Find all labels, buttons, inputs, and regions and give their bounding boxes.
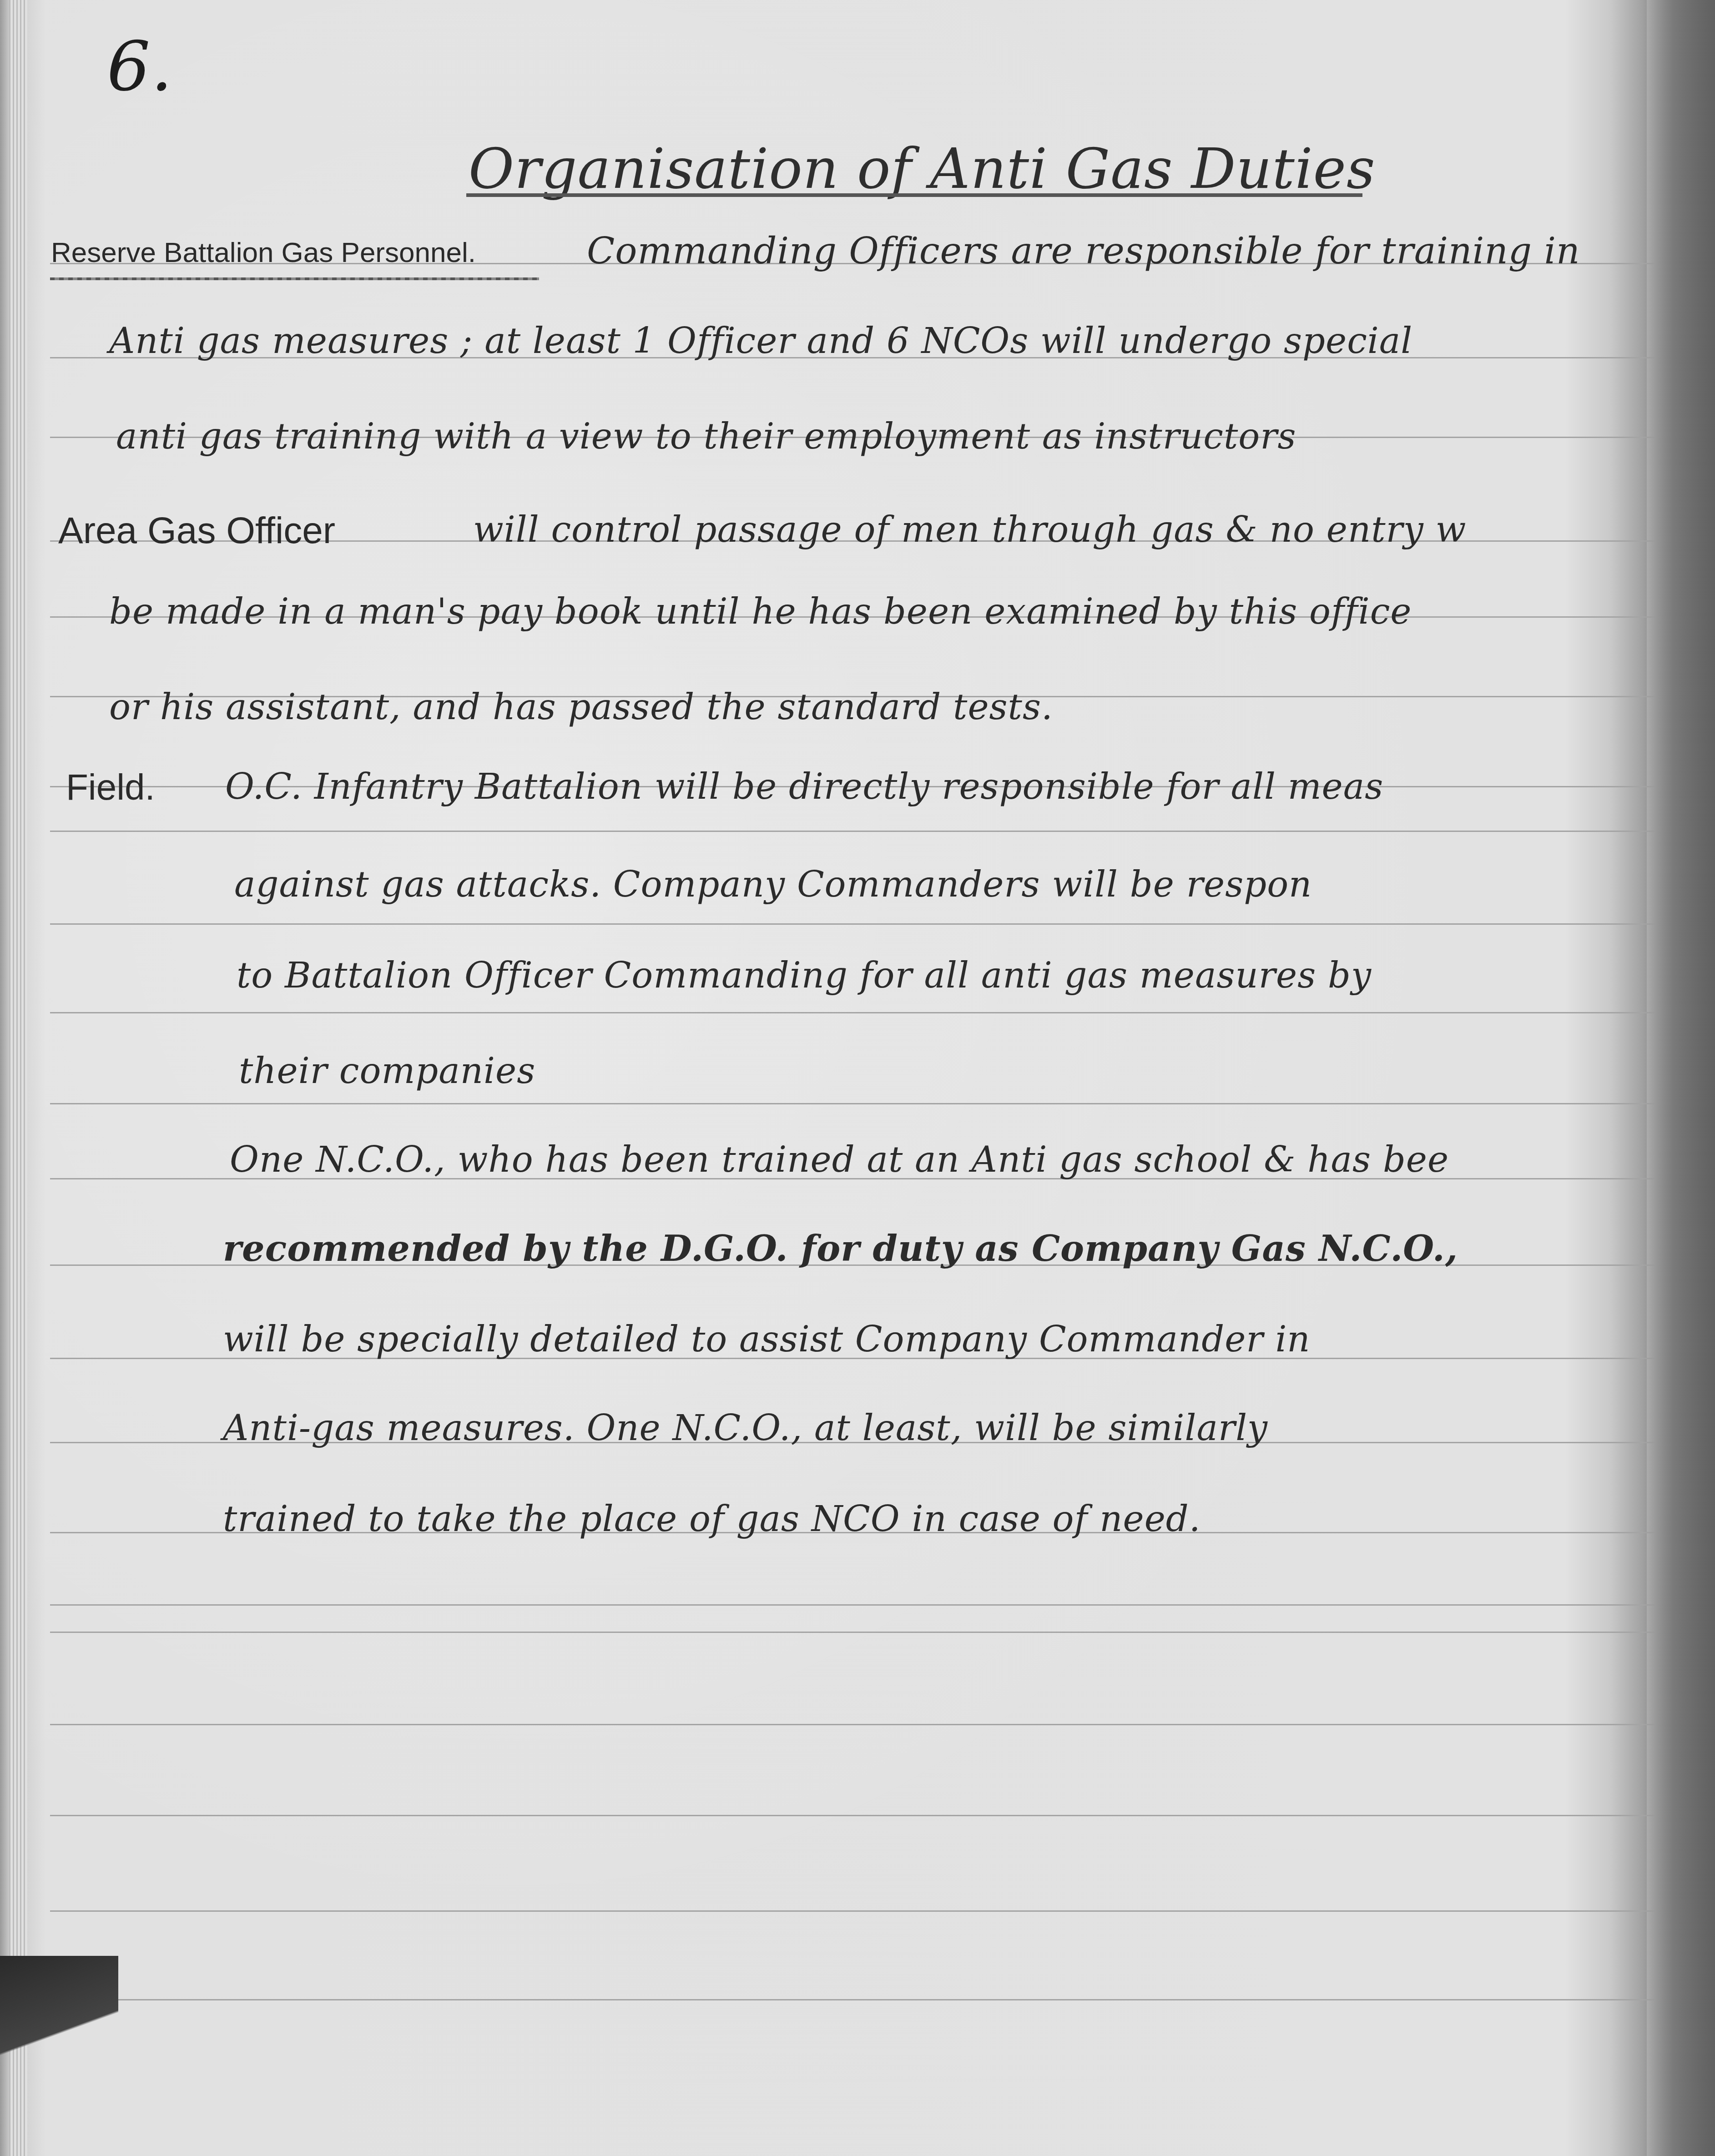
title-underline <box>466 193 1362 197</box>
page-number: 6. <box>107 27 173 106</box>
ruled-line <box>50 1724 1656 1725</box>
ruled-line <box>50 923 1656 925</box>
text-line: recommended by the D.G.O. for duty as Co… <box>223 1228 1458 1269</box>
text-line: Commanding Officers are responsible for … <box>587 230 1580 272</box>
section-heading-area-gas-officer: Area Gas Officer <box>58 509 335 552</box>
binding-shadow <box>1642 0 1715 2156</box>
ruled-line <box>50 1604 1656 1606</box>
text-line: will be specially detailed to assist Com… <box>223 1319 1311 1360</box>
text-line: One N.C.O., who has been trained at an A… <box>230 1139 1449 1180</box>
ruled-line <box>50 1103 1656 1104</box>
text-line: Anti-gas measures. One N.C.O., at least,… <box>223 1408 1268 1449</box>
ruled-line <box>50 1999 1656 2000</box>
scanned-page-background: 6. Organisation of Anti Gas Duties Reser… <box>0 0 1715 2156</box>
stacked-page-edges <box>9 0 27 2156</box>
text-line: to Battalion Officer Commanding for all … <box>237 955 1372 996</box>
ruled-line <box>50 1910 1656 1912</box>
ruled-line <box>50 1632 1656 1633</box>
ruled-line <box>50 831 1656 832</box>
heading-wavy-underline <box>50 277 539 280</box>
ruled-line <box>50 1012 1656 1013</box>
text-line: trained to take the place of gas NCO in … <box>223 1499 1201 1540</box>
page-title: Organisation of Anti Gas Duties <box>469 136 1376 201</box>
text-line: their companies <box>239 1051 535 1092</box>
text-line: will control passage of men through gas … <box>473 509 1466 550</box>
text-line: O.C. Infantry Battalion will be directly… <box>225 766 1383 807</box>
text-line: Anti gas measures ; at least 1 Officer a… <box>109 321 1412 362</box>
page-corner-curl <box>0 1956 118 2156</box>
text-line: against gas attacks. Company Commanders … <box>234 864 1312 905</box>
ruled-line <box>50 1815 1656 1816</box>
text-line: anti gas training with a view to their e… <box>116 416 1296 457</box>
text-line: or his assistant, and has passed the sta… <box>109 687 1053 728</box>
section-heading-reserve-battalion: Reserve Battalion Gas Personnel. <box>51 237 476 269</box>
section-heading-field: Field. <box>66 766 155 808</box>
text-line: be made in a man's pay book until he has… <box>109 591 1412 632</box>
